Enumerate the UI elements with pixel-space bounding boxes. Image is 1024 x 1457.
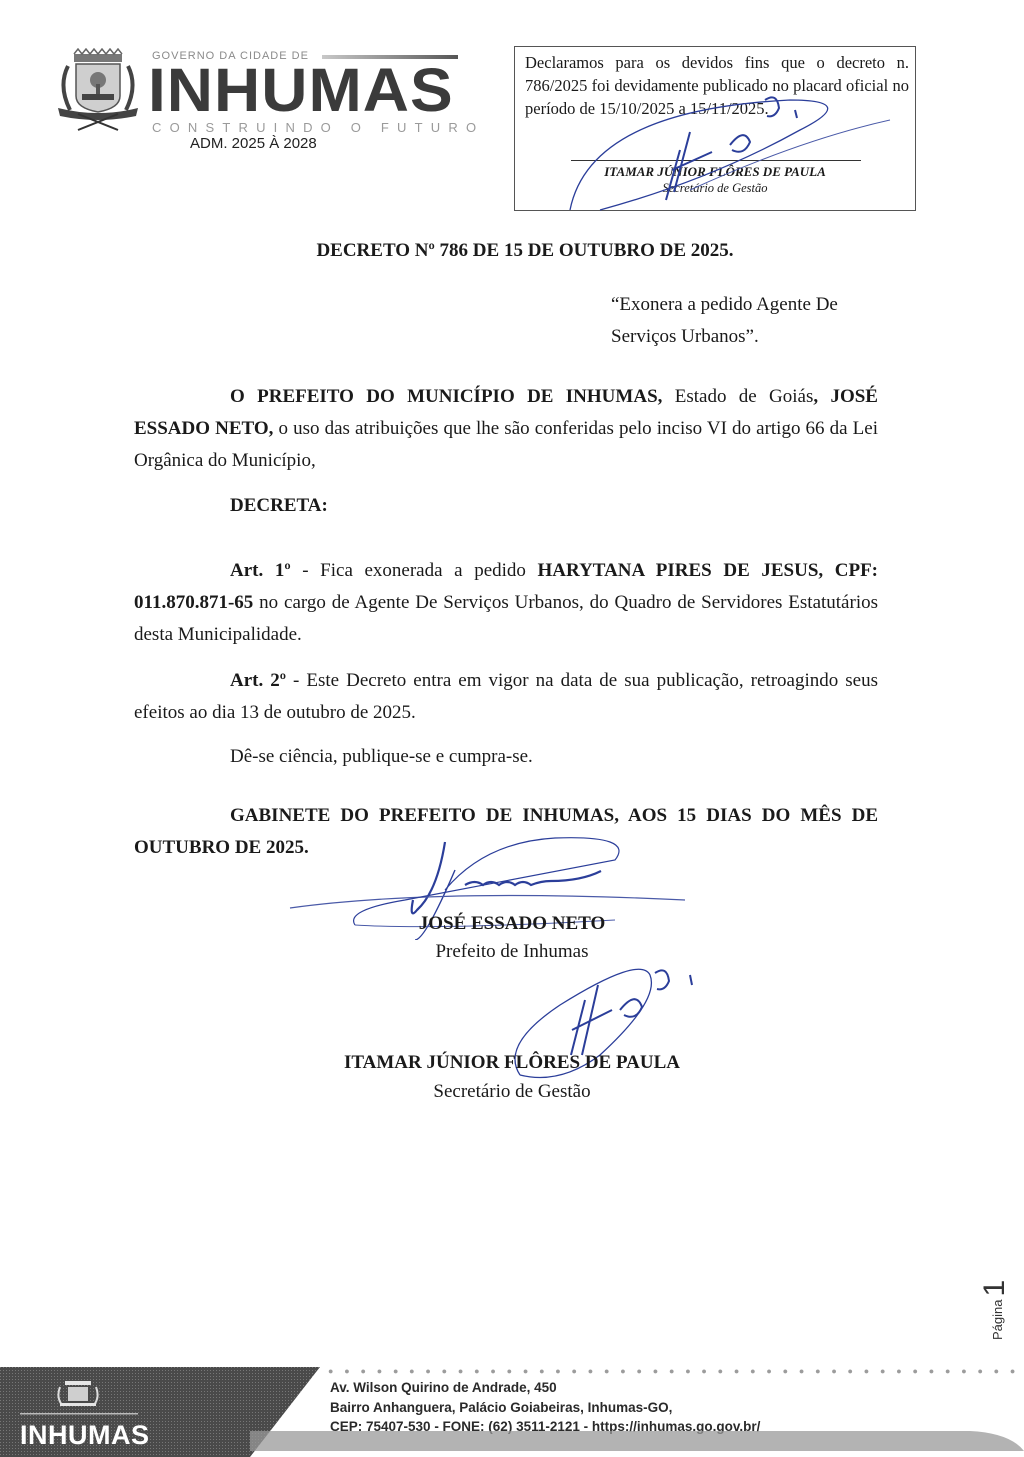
preamble-bold-1: O PREFEITO DO MUNICÍPIO DE INHUMAS, (230, 386, 662, 407)
municipal-coat-of-arms-icon (52, 48, 144, 134)
footer-address: Av. Wilson Quirino de Andrade, 450 Bairr… (330, 1378, 760, 1437)
declaration-signer-name: ITAMAR JÚNIOR FLÔRES DE PAULA (515, 164, 915, 180)
preamble-text-1: Estado de Goiás (662, 386, 813, 407)
article-1-label: Art. 1º (230, 560, 291, 581)
footer-address-line-2: Bairro Anhanguera, Palácio Goiabeiras, I… (330, 1398, 760, 1418)
declaration-text: Declaramos para os devidos fins que o de… (525, 51, 909, 120)
publication-declaration-box: Declaramos para os devidos fins que o de… (514, 46, 916, 211)
footer-brand: INHUMAS (20, 1420, 150, 1451)
cabinet-text: GABINETE DO PREFEITO DE INHUMAS, AOS 15 … (134, 805, 878, 858)
cabinet-statement: GABINETE DO PREFEITO DE INHUMAS, AOS 15 … (134, 800, 878, 864)
page-label: Página (990, 1300, 1005, 1340)
page-number-value: 1 (978, 1280, 1011, 1297)
footer-address-line-1: Av. Wilson Quirino de Andrade, 450 (330, 1378, 760, 1398)
brand-tagline: CONSTRUINDO O FUTURO (152, 120, 484, 135)
signature-line (571, 160, 861, 161)
closing-formula: Dê-se ciência, publique-se e cumpra-se. (230, 746, 533, 768)
decree-title: DECRETO Nº 786 DE 15 DE OUTUBRO DE 2025. (0, 240, 1024, 262)
footer-dot-divider: ●●●●●●●●●●●●●●●●●●●●●●●●●●●●●●●●●●●●●●●●… (328, 1366, 1024, 1376)
mayor-role: Prefeito de Inhumas (0, 941, 1024, 963)
decreta-heading: DECRETA: (230, 495, 328, 517)
article-2-label: Art. 2º (230, 670, 286, 691)
preamble-paragraph: O PREFEITO DO MUNICÍPIO DE INHUMAS, Esta… (134, 381, 878, 477)
page-number: Página1 (978, 1280, 1012, 1340)
article-1: Art. 1º - Fica exonerada a pedido HARYTA… (134, 555, 878, 651)
mayor-name: JOSÉ ESSADO NETO (0, 913, 1024, 935)
article-1-text: - Fica exonerada a pedido (291, 560, 538, 581)
secretary-role: Secretário de Gestão (0, 1081, 1024, 1103)
brand-wordmark: INHUMAS (148, 60, 454, 121)
declaration-signer-role: Secretário de Gestão (515, 181, 915, 196)
article-2: Art. 2º - Este Decreto entra em vigor na… (134, 665, 878, 729)
administration-period: ADM. 2025 À 2028 (190, 135, 317, 152)
decree-summary: “Exonera a pedido Agente De Serviços Urb… (611, 289, 881, 353)
footer-gray-band (250, 1431, 1024, 1451)
secretary-name: ITAMAR JÚNIOR FLÔRES DE PAULA (0, 1052, 1024, 1074)
